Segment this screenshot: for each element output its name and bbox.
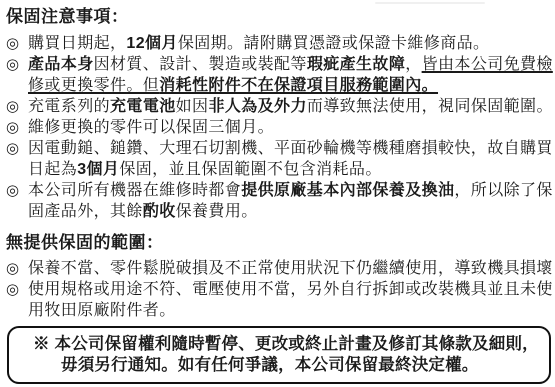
bullet-item: ◎本公司所有機器在維修時都會提供原廠基本內部保養及換油，所以除了保固產品外，其餘… [6,180,555,222]
section-heading: 無提供保固的範圍： [6,232,555,254]
reference-mark-icon: ※ [33,335,50,353]
legal-text-1: 本公司保留權利隨時暫停、更改或終止計畫及修訂其條款及細則， [55,335,539,353]
text-segment: 保養不當、零件鬆脱破損及不正常使用狀況下仍繼續使用，導致機具損壞 [28,260,553,277]
bullet-text: 購買日期起，12個月保固期。請附購買憑證或保證卡維修商品。 [28,33,555,54]
text-segment: 酌收 [143,203,176,220]
bullet-text: 因電動鎚、鎚鑽、大理石切割機、平面砂輪機等機種磨損較快，故自購買日起為3個月保固… [28,138,555,180]
bullseye-bullet-icon: ◎ [6,180,28,201]
text-segment: 3個月 [77,161,119,178]
bullet-text: 充電系列的充電電池如因非人為及外力而導致無法使用，視同保固範圍。 [28,96,555,117]
text-segment: 12個月 [126,35,177,52]
scan-artifact [375,2,485,4]
text-segment: 充電電池 [110,98,176,115]
bullet-text: 保養不當、零件鬆脱破損及不正常使用狀況下仍繼續使用，導致機具損壞 [28,258,555,279]
bullseye-bullet-icon: ◎ [6,33,28,54]
text-segment: 保養費用。 [176,203,258,220]
bullet-item: ◎購買日期起，12個月保固期。請附購買憑證或保證卡維修商品。 [6,33,555,54]
text-segment: 使用規格或用途不符、電壓使用不當，另外自行拆卸或改裝機具並且未使用牧田原廠附件者… [28,281,553,319]
text-segment: 如因 [176,98,209,115]
bullseye-bullet-icon: ◎ [6,96,28,117]
legal-line-1: ※ 本公司保留權利隨時暫停、更改或終止計畫及修訂其條款及細則， [33,334,539,355]
text-segment: 保固期。請附購買憑證或保證卡維修商品。 [178,35,490,52]
bullet-text: 使用規格或用途不符、電壓使用不當，另外自行拆卸或改裝機具並且未使用牧田原廠附件者… [28,279,555,321]
text-segment: 瑕疵產生故障 [307,56,405,73]
bullet-text: 維修更換的零件可以保固三個月。 [28,117,555,138]
text-segment: 保固，並且保固範圍不包含消耗品。 [119,161,381,178]
warranty-sections: 保固注意事項：◎購買日期起，12個月保固期。請附購買憑證或保證卡維修商品。◎產品… [6,6,555,321]
bullet-item: ◎保養不當、零件鬆脱破損及不正常使用狀況下仍繼續使用，導致機具損壞 [6,258,555,279]
bullseye-bullet-icon: ◎ [6,258,28,279]
bullet-item: ◎充電系列的充電電池如因非人為及外力而導致無法使用，視同保固範圍。 [6,96,555,117]
bullet-item: ◎維修更換的零件可以保固三個月。 [6,117,555,138]
text-segment: 充電系列的 [28,98,110,115]
section-heading: 保固注意事項： [6,6,555,28]
bullet-item: ◎產品本身因材質、設計、製造或裝配等瑕疵產生故障，皆由本公司免費檢修或更換零件。… [6,54,555,96]
text-segment: 消耗性附件不在保證項目服務範圍內 [159,77,421,94]
text-segment: ， [405,56,421,73]
text-segment: 因材質、設計、製造或裝配等 [94,56,307,73]
bullet-item: ◎使用規格或用途不符、電壓使用不當，另外自行拆卸或改裝機具並且未使用牧田原廠附件… [6,279,555,321]
text-segment: 提供原廠基本內部保養及換油 [241,182,454,199]
text-segment: 而導致無法使用，視同保固範圍。 [307,98,553,115]
bullseye-bullet-icon: ◎ [6,279,28,300]
text-segment: 購買日期起， [28,35,126,52]
bullet-text: 本公司所有機器在維修時都會提供原廠基本內部保養及換油，所以除了保固產品外，其餘酌… [28,180,555,222]
text-segment: 非人為及外力 [208,98,306,115]
bullseye-bullet-icon: ◎ [6,54,28,75]
text-segment: 。 [422,77,438,94]
bullseye-bullet-icon: ◎ [6,138,28,159]
bullet-text: 產品本身因材質、設計、製造或裝配等瑕疵產生故障，皆由本公司免費檢修或更換零件。但… [28,54,555,96]
warranty-notice-document: 保固注意事項：◎購買日期起，12個月保固期。請附購買憑證或保證卡維修商品。◎產品… [0,0,555,387]
legal-reservation-box: ※ 本公司保留權利隨時暫停、更改或終止計畫及修訂其條款及細則， 毋須另行通知。如… [7,326,551,384]
bullseye-bullet-icon: ◎ [6,117,28,138]
bullet-item: ◎因電動鎚、鎚鑽、大理石切割機、平面砂輪機等機種磨損較快，故自購買日起為3個月保… [6,138,555,180]
legal-line-2: 毋須另行通知。如有任何爭議，本公司保留最終決定權。 [33,355,539,376]
text-segment: 本公司所有機器在維修時都會 [28,182,241,199]
text-segment: 維修更換的零件可以保固三個月。 [28,119,274,136]
text-segment: 產品本身 [28,56,94,73]
